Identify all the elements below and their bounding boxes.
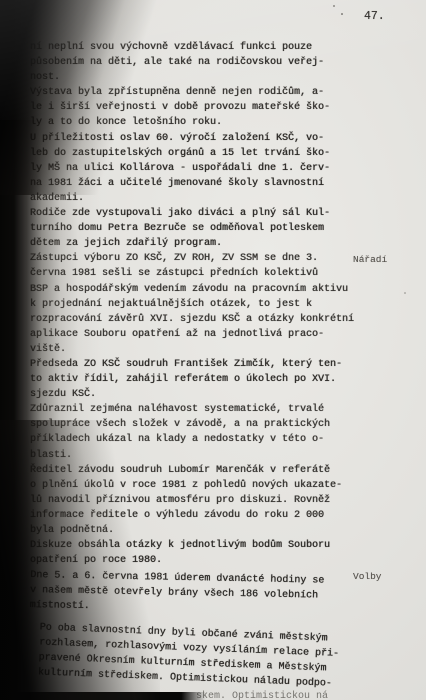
bottom-black-scan-strip (0, 692, 206, 700)
paper-speck (341, 13, 343, 15)
paragraph: ní neplní svou výchovně vzdělávací funkc… (30, 40, 376, 85)
paragraph: Rodiče zde vystupovali jako diváci a pln… (30, 206, 376, 251)
margin-note-volby: Volby (353, 571, 382, 582)
paragraph: Výstava byla zpřístupněna denně nejen ro… (30, 85, 376, 130)
paragraph: Po oba slavnostní dny byli občané zváni … (28, 620, 376, 694)
paragraph: Předseda ZO KSČ soudruh František Zimčík… (30, 357, 376, 402)
cutoff-ghost-text-line: skem. Optimistickou ná (196, 691, 328, 700)
paragraph: Diskuze obsáhla otázky k jednotlivým bod… (30, 538, 376, 568)
paper-speck (404, 292, 406, 294)
margin-note-naradi: Nářadí (353, 254, 387, 265)
paragraph: Dne 5. a 6. června 1981 úderem dvanácté … (30, 568, 377, 620)
paper-speck (333, 5, 335, 7)
paragraph: Zdůraznil zejména naléhavost systematick… (30, 402, 376, 462)
paragraph: Zástupci výboru ZO KSČ, ZV ROH, ZV SSM s… (30, 251, 376, 357)
page-number: 47. (364, 10, 385, 23)
paragraph: Ředitel závodu soudruh Lubomír Marenčák … (30, 463, 376, 538)
scanned-document-page: 47. ní neplní svou výchovně vzdělávací f… (0, 0, 426, 700)
paragraph: U příležitosti oslav 60. výročí založení… (30, 131, 376, 206)
typewritten-text-block: ní neplní svou výchovně vzdělávací funkc… (30, 40, 376, 680)
